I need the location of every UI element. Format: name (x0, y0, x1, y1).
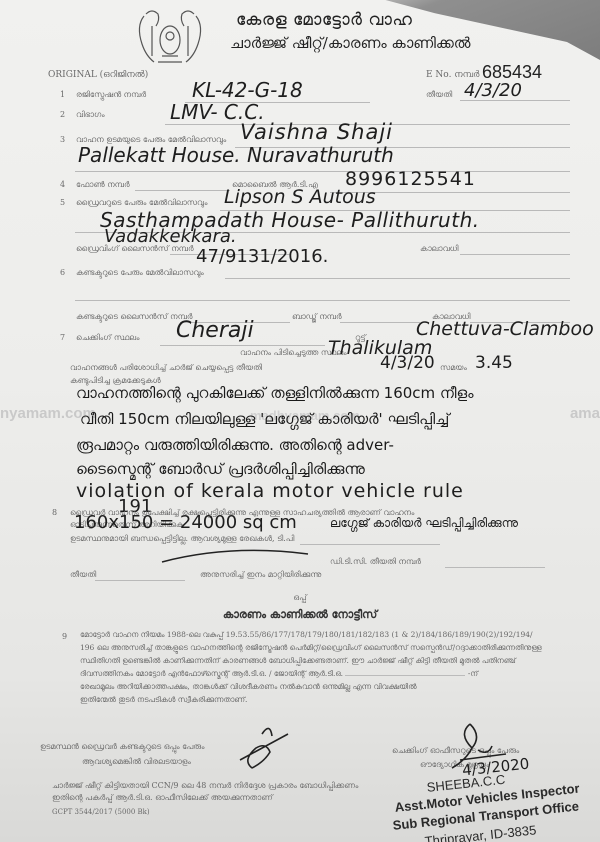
notice-line-5: രേഖാമൂലം അറിയിക്കാത്തപക്ഷം, താങ്കൾക്ക് വ… (80, 680, 580, 693)
date-value: 4/3/20 (464, 80, 522, 101)
footer-note-1: ചാർജ്ജ് ഷീറ്റ് കിട്ടിയതായി CCN/9 ലെ 48 ന… (52, 781, 358, 791)
rule-line (225, 278, 570, 279)
section-8-line3: ഉടമസ്ഥനുമായി ബന്ധപ്പെട്ടിട്ടില്ല. ആവശ്യമ… (70, 534, 294, 544)
license-validity-label: കാലാവധി (420, 244, 458, 254)
field-6-number: 6 (60, 268, 65, 277)
rule-line (135, 190, 230, 191)
section-8-signature: ഒപ്പ് (0, 593, 600, 603)
field-7-number: 7 (60, 333, 65, 342)
notice-title: കാരണം കാണിക്കൽ നോട്ടീസ് (0, 608, 600, 622)
notice-number: 9 (62, 632, 67, 641)
kerala-emblem-icon (132, 6, 208, 68)
notice-line-3: സ്ഥിതിഗതി ഉണ്ടെങ്കിൽ കാണിക്കുന്നതിന് കാര… (80, 654, 580, 667)
registration-number: KL-42-G-18 (192, 78, 303, 102)
field-6-label: കണ്ടക്ടറുടെ പേരും മേൽവിലാസവും (76, 268, 204, 278)
area-calculation: 160x150 = 24000 sq cm (74, 512, 297, 533)
offence-line-4: ടൈസ്മെന്റ് ബോർഡ് പ്രദർശിപ്പിച്ചിരിക്കുന്… (76, 460, 365, 478)
driver-name: Lipson S Autous (224, 186, 376, 208)
offence-line-3: രൂപമാറ്റം വരുത്തിയിരിക്കുന്നു. അതിന്റെ a… (76, 436, 394, 454)
field-1-number: 1 (60, 90, 65, 99)
pen-stroke (160, 546, 310, 566)
incident-date: 4/3/20 (380, 353, 435, 373)
area-calculation-suffix: ലഗ്ഗേജ് കാരിയർ ഘടിപ്പിച്ചിരിക്കുന്നു (330, 516, 518, 531)
rule-line (160, 345, 325, 346)
recipient-signature-sublabel: ആവശ്യമെങ്കിൽ വിരലടയാളം (82, 757, 191, 767)
notice-line-2: 196 ലെ അനുസരിച്ച് താങ്കളുടെ വാഹനത്തിന്റെ… (80, 641, 580, 654)
recipient-signature-label: ഉടമസ്ഥൻ ഡ്രൈവർ കണ്ടക്ടറുടെ ഒപ്പും പേരും (40, 742, 205, 752)
copy-label: ORIGINAL (ഒറിജിനൽ) (48, 70, 148, 80)
rule-line (95, 580, 185, 581)
rule-line (460, 254, 570, 255)
section-8-line4: ഡി.ടി.സി. തീയതി നമ്പർ (330, 557, 421, 567)
incident-time: 3.45 (475, 353, 513, 373)
rule-line (340, 322, 420, 323)
date-line (460, 100, 570, 101)
notice-line-6: ഇതിന്മേൽ തുടർ നടപടികൾ സ്വീകരിക്കുന്നതാണ്… (80, 693, 580, 706)
recipient-signature (232, 722, 292, 772)
section-8-date-label: തീയതി (70, 570, 96, 580)
owner-name: Vaishna Shaji (240, 120, 393, 144)
rule-line (300, 544, 440, 545)
rule-line (75, 300, 570, 301)
field-2-label: വിഭാഗം (76, 110, 105, 120)
field-3-number: 3 (60, 135, 65, 144)
offence-line-2: വീതി 150cm നിലയിലുള്ള 'ലഗ്ഗേജ് കാരിയർ' ഘ… (80, 410, 449, 428)
rule-line (75, 171, 570, 172)
offence-line-1: വാഹനത്തിന്റെ പുറകിലേക്ക് തള്ളിനിൽക്കുന്ന… (76, 384, 474, 402)
checking-place: Cheraji (176, 318, 254, 343)
notice-line-1: മോട്ടോർ വാഹന നിയമം 1988-ലെ വകുപ്പ് 19.53… (80, 628, 580, 641)
field-4-label: ഫോൺ നമ്പർ (76, 180, 130, 190)
footer-note-2: ഇതിന്റെ പകർപ്പ് ആർ.ടി.ഒ. ഓഫീസിലേക്ക് അയക… (52, 793, 273, 803)
license-number: 47/9131/2016. (196, 246, 328, 267)
print-code: GCPT 3544/2017 (5000 Bk) (52, 808, 150, 816)
field-5-label: ഡ്രൈവറുടെ പേരും മേൽവിലാസവും (76, 198, 207, 208)
notice-line-4-suffix: -ന് (468, 669, 478, 678)
section-8-line5: അനുസരിച്ച് ഇനം മാറ്റിയിരിക്കുന്നു (200, 570, 321, 580)
owner-address: Pallekatt House. Nuravathuruth (78, 143, 394, 167)
field-2-number: 2 (60, 110, 65, 119)
badge-number-label: ബാഡ്ജ് നമ്പർ (292, 312, 342, 322)
field-7-label: ചെക്കിംഗ് സ്ഥലം (76, 333, 139, 343)
field-4-number: 4 (60, 180, 65, 189)
incident-date-label: വാഹനങ്ങൾ പരിശോധിച്ച് ചാർജ് ചെയ്യപ്പെട്ട … (70, 363, 262, 373)
watermark-right: ama (570, 405, 600, 422)
route-value: Chettuva-Clamboo (416, 318, 594, 340)
field-1-label: രജിസ്ട്രേഷൻ നമ്പർ (76, 90, 146, 100)
document-subtitle: ചാർജ്ജ് ഷീറ്റ്/കാരണം കാണിക്കൽ (230, 34, 470, 52)
license-label: ഡ്രൈവിംഗ് ലൈസൻസ് നമ്പർ (76, 244, 194, 254)
rule-line (445, 567, 545, 568)
incident-time-label: സമയം (440, 363, 467, 373)
e-no-label: E No. നമ്പർ (426, 70, 479, 80)
notice-line-4: ദിവസത്തിനകം മോട്ടോർ എൻഫോഴ്സ്മെന്റ് ആർ.ടി… (80, 667, 580, 680)
field-5-number: 5 (60, 198, 65, 207)
section-8-number: 8 (52, 508, 57, 517)
document-title: കേരള മോട്ടോർ വാഹ (236, 10, 412, 30)
notice-line-4-text: ദിവസത്തിനകം മോട്ടോർ എൻഫോഴ്സ്മെന്റ് ആർ.ടി… (80, 669, 343, 678)
date-label: തീയതി (426, 90, 452, 100)
notice-body: മോട്ടോർ വാഹന നിയമം 1988-ലെ വകുപ്പ് 19.53… (80, 628, 580, 706)
